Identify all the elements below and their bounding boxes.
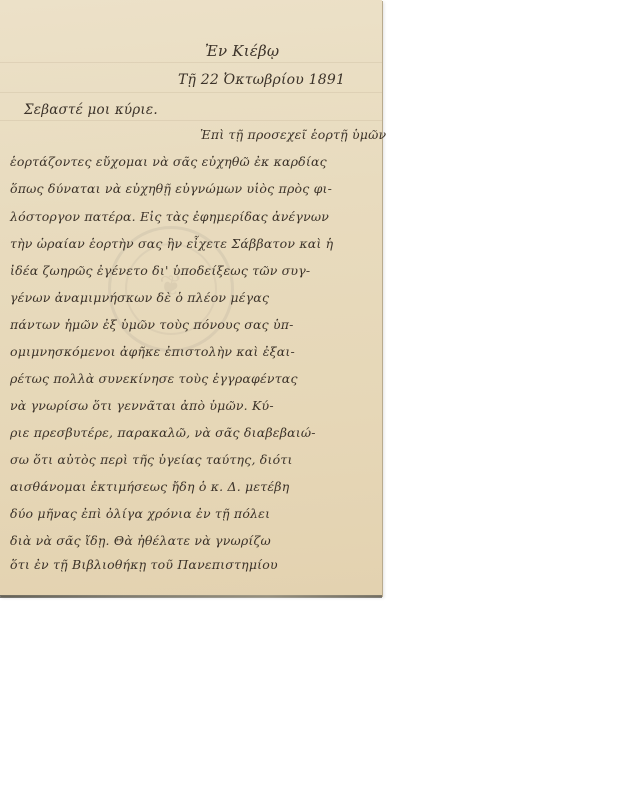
ruled-line [0, 120, 382, 121]
letter-line: ριε πρεσβυτέρε, παρακαλῶ, νὰ σᾶς διαβεβα… [10, 425, 316, 440]
letter-line: ἰδέα ζωηρῶς ἐγένετο δι' ὑποδείξεως τῶν σ… [10, 263, 310, 278]
letter-date: Τῇ 22 Ὀκτωβρίου 1891 [178, 72, 345, 88]
letter-line: πάντων ἡμῶν ἐξ ὑμῶν τοὺς πόνους σας ὑπ- [10, 317, 294, 332]
letter-salutation: Σεβαστέ μοι κύριε. [24, 102, 158, 118]
letter-line: Ἐπὶ τῇ προσεχεῖ ἑορτῇ ὑμῶν [200, 127, 386, 142]
letter-line: ὅτι ἐν τῇ Βιβλιοθήκῃ τοῦ Πανεπιστημίου [10, 557, 278, 572]
letter-line: γένων ἀναμιμνήσκων δὲ ὁ πλέον μέγας [10, 290, 269, 305]
letter-line: σω ὅτι αὐτὸς περὶ τῆς ὑγείας ταύτης, διό… [10, 452, 293, 467]
letter-line: αισθάνομαι ἐκτιμήσεως ἤδη ὁ κ. Δ. μετέβη [10, 479, 289, 494]
ruled-line [0, 92, 382, 93]
letter-line: ρέτως πολλὰ συνεκίνησε τοὺς ἐγγραφέντας [10, 371, 298, 386]
letter-line: ὅπως δύναται νὰ εὐχηθῇ εὐγνώμων υἱὸς πρὸ… [10, 181, 332, 196]
letter-line: ἑορτάζοντες εὔχομαι νὰ σᾶς εὐχηθῶ ἐκ καρ… [10, 154, 327, 169]
letter-line: νὰ γνωρίσω ὅτι γεννᾶται ἀπὸ ὑμῶν. Κύ- [10, 398, 274, 413]
letter-page: ❦ Ἐν Κιέβῳ Τῇ 22 Ὀκτωβρίου 1891 Σεβαστέ … [0, 0, 382, 596]
letter-line: δύο μῆνας ἐπὶ ὀλίγα χρόνια ἐν τῇ πόλει [10, 506, 270, 521]
letter-line: τὴν ὡραίαν ἑορτὴν σας ἣν εἶχετε Σάββατον… [10, 236, 333, 251]
letter-line: ομιμνησκόμενοι ἀφῆκε ἐπιστολὴν καὶ ἐξαι- [10, 344, 295, 359]
letter-line: λόστοργον πατέρα. Εἰς τὰς ἐφημερίδας ἀνέ… [10, 209, 329, 224]
ruled-line [0, 62, 382, 63]
letter-line: διὰ νὰ σᾶς ἴδῃ. Θὰ ἠθέλατε νὰ γνωρίζω [10, 533, 271, 548]
letter-place: Ἐν Κιέβῳ [205, 42, 279, 60]
